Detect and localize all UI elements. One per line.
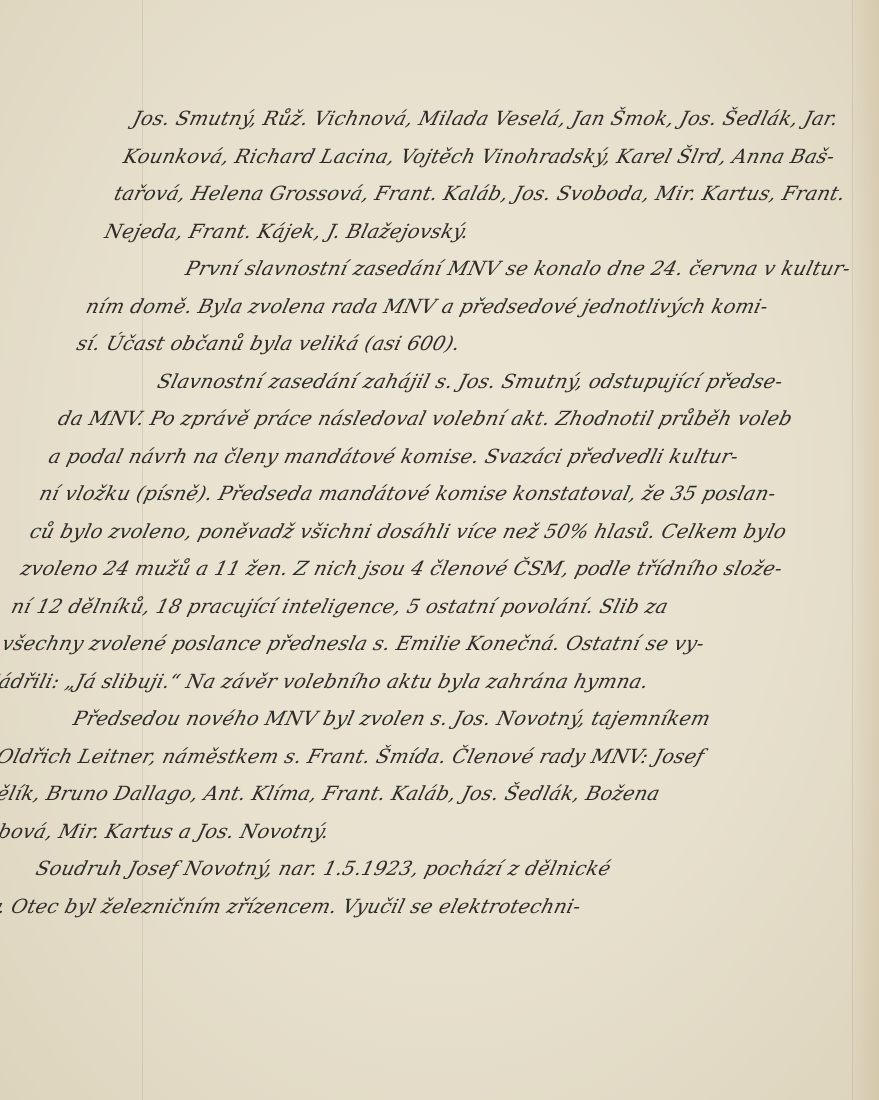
text-line: ní vložku (písně). Předseda mandátové ko…	[35, 475, 744, 513]
right-margin-rule	[852, 0, 853, 1100]
text-line: Švalbová, Mir. Kartus a Jos. Novotný.	[0, 813, 660, 851]
text-line: jádřili: „Já slibuji.“ Na závěr volebníh…	[0, 663, 698, 701]
text-line: rodiny. Otec byl železničním zřízencem. …	[0, 888, 642, 926]
text-line: Jos. Smutný, Růž. Vichnová, Milada Vesel…	[129, 100, 838, 138]
paragraph-start-line: Předsedou nového MNV byl zvolen s. Jos. …	[0, 700, 688, 738]
text-line: Smělík, Bruno Dallago, Ant. Klíma, Frant…	[0, 775, 670, 813]
paragraph-start-line: Slavnostní zasedání zahájil s. Jos. Smut…	[63, 363, 772, 401]
text-line: ní 12 dělníků, 18 pracující inteligence,…	[7, 588, 716, 626]
text-line: sí. Účast občanů byla veliká (asi 600).	[73, 325, 782, 363]
text-line: Kounková, Richard Lacina, Vojtěch Vinohr…	[119, 138, 828, 176]
text-line: ním domě. Byla zvolena rada MNV a předse…	[82, 288, 791, 326]
text-line: Nejeda, Frant. Kájek, J. Blažejovský.	[101, 213, 810, 251]
handwritten-text-block: Jos. Smutný, Růž. Vichnová, Milada Vesel…	[0, 100, 838, 925]
text-line: ců bylo zvoleno, poněvadž všichni dosáhl…	[26, 513, 735, 551]
text-line: da MNV. Po zprávě práce následoval voleb…	[54, 400, 763, 438]
text-line: všechny zvolené poslance přednesla s. Em…	[0, 625, 707, 663]
paragraph-start-line: Soudruh Josef Novotný, nar. 1.5.1923, po…	[0, 850, 651, 888]
text-line: zvoleno 24 mužů a 11 žen. Z nich jsou 4 …	[16, 550, 725, 588]
text-line: tařová, Helena Grossová, Frant. Kaláb, J…	[110, 175, 819, 213]
text-line: a podal návrh na členy mandátové komise.…	[45, 438, 754, 476]
text-line: s. Oldřich Leitner, náměstkem s. Frant. …	[0, 738, 679, 776]
paragraph-start-line: První slavnostní zasedání MNV se konalo …	[91, 250, 800, 288]
document-page: Jos. Smutný, Růž. Vichnová, Milada Vesel…	[0, 0, 879, 1100]
